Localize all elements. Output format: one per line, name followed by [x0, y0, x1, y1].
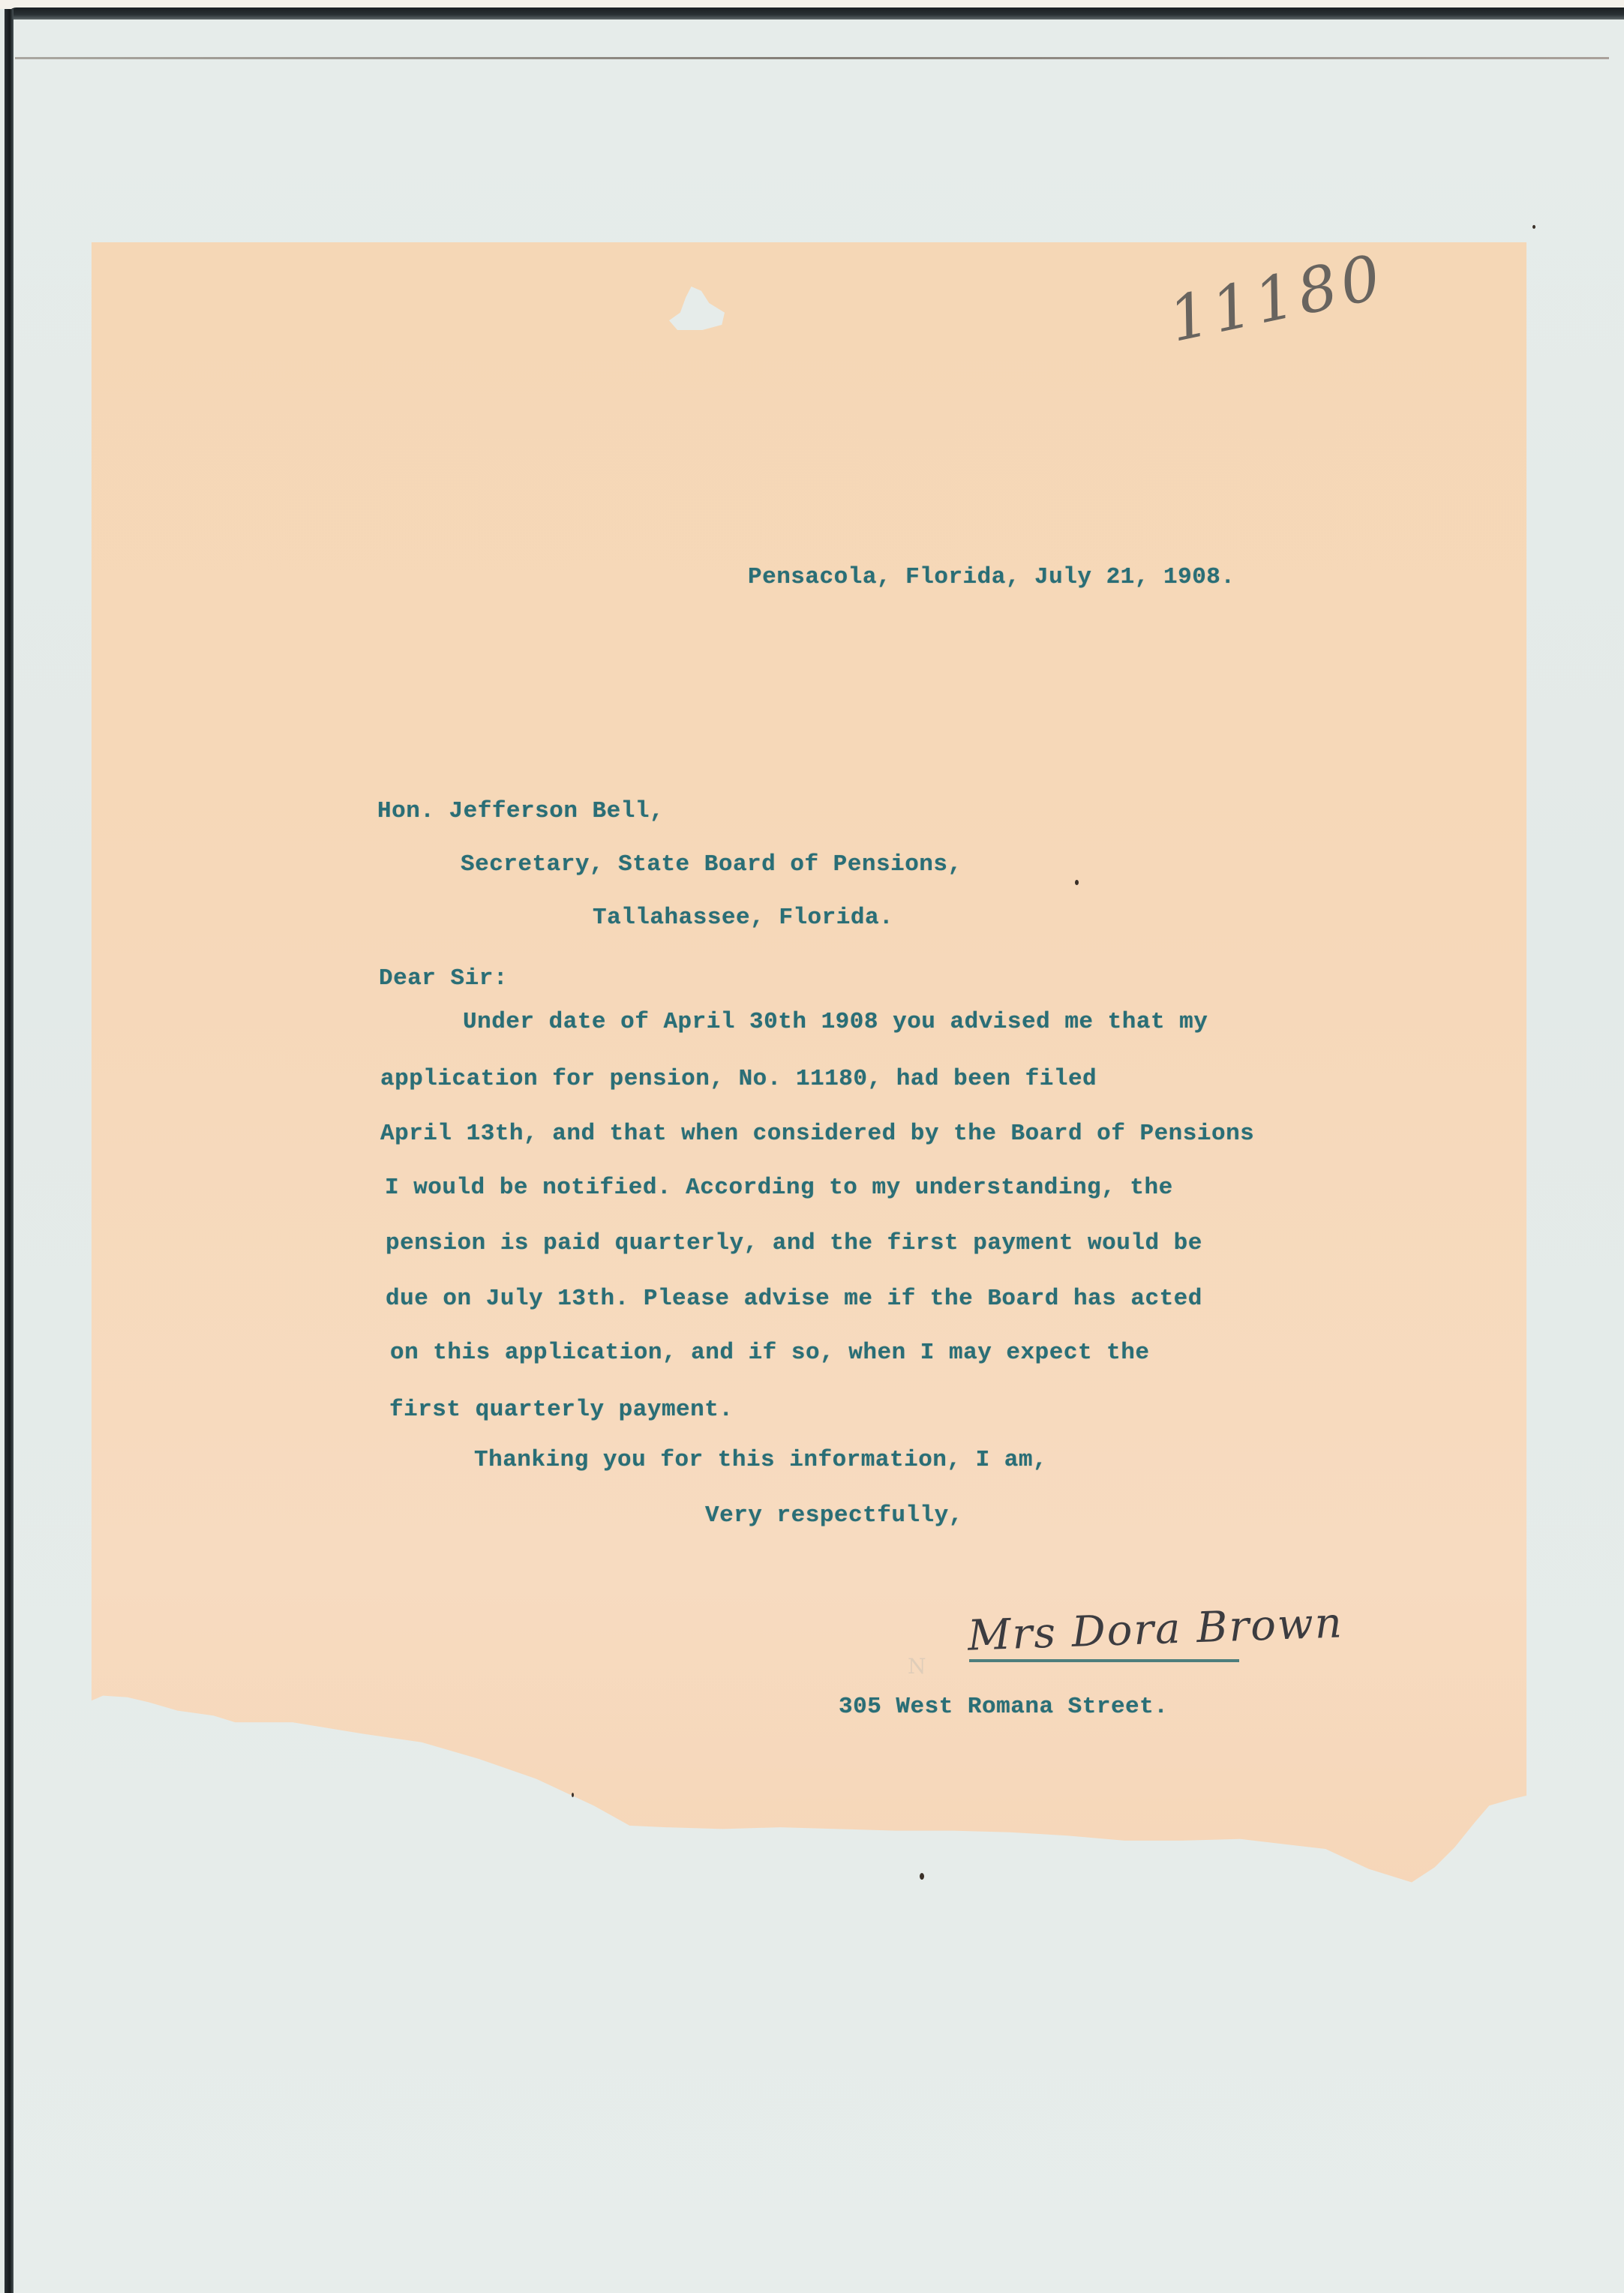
recipient-location: Tallahassee, Florida. — [593, 905, 893, 931]
body-line-4: I would be notified. According to my und… — [385, 1175, 1173, 1201]
signature-underline — [969, 1659, 1239, 1662]
faint-mark: N — [908, 1654, 926, 1679]
body-line-3: April 13th, and that when considered by … — [380, 1121, 1254, 1147]
paper-speck — [572, 1793, 574, 1797]
body-line-1: Under date of April 30th 1908 you advise… — [463, 1009, 1208, 1035]
dateline: Pensacola, Florida, July 21, 1908. — [748, 564, 1235, 590]
scan-left-dark-border — [5, 9, 14, 2293]
recipient-title: Secretary, State Board of Pensions, — [461, 851, 962, 878]
body-line-5: pension is paid quarterly, and the first… — [386, 1230, 1202, 1256]
mount-crease-line — [15, 57, 1609, 59]
closing-thanks: Thanking you for this information, I am, — [474, 1447, 1047, 1473]
salutation: Dear Sir: — [379, 965, 508, 992]
recipient-name: Hon. Jefferson Bell, — [377, 798, 664, 824]
body-line-7: on this application, and if so, when I m… — [390, 1340, 1149, 1366]
body-line-8: first quarterly payment. — [389, 1397, 733, 1423]
scan-top-dark-border — [6, 8, 1624, 20]
paper-speck — [1075, 880, 1079, 885]
sender-address: 305 West Romana Street. — [839, 1694, 1168, 1720]
closing-valediction: Very respectfully, — [705, 1502, 963, 1529]
mount-speck — [920, 1873, 924, 1880]
mount-speck — [1532, 225, 1535, 229]
body-line-6: due on July 13th. Please advise me if th… — [386, 1286, 1202, 1312]
body-line-2: application for pension, No. 11180, had … — [380, 1066, 1097, 1092]
